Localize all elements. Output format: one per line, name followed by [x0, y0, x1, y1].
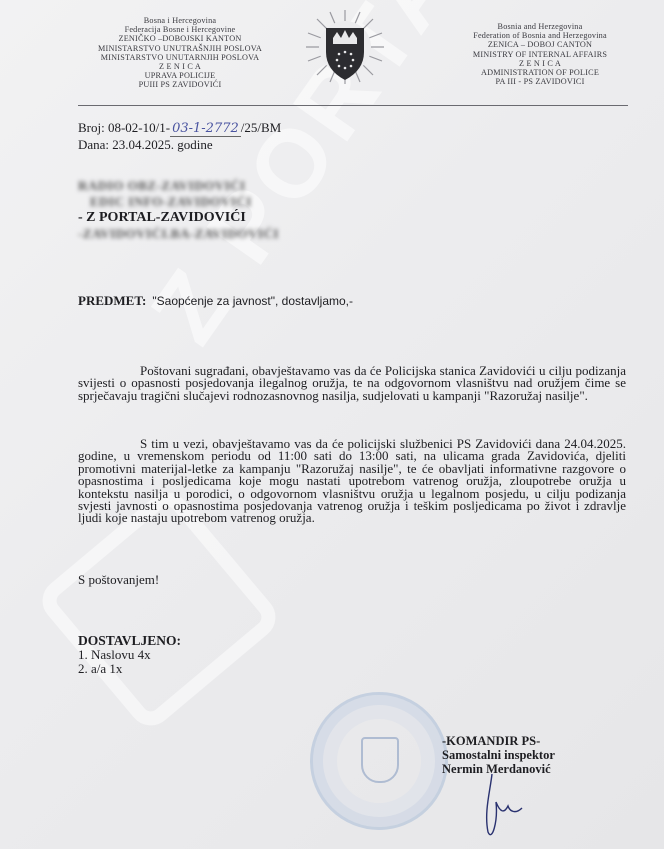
recipient-redacted: -ZAVIDOVIĆI.BA-ZAVIDOVIĆI — [78, 226, 279, 242]
stamp-shield-icon — [361, 737, 399, 783]
closing-greeting: S poštovanjem! — [78, 572, 159, 588]
police-star-emblem-icon — [300, 8, 390, 86]
reference-date: Dana: 23.04.2025. godine — [78, 137, 281, 152]
header-line: Federation of Bosnia and Herzegovina — [440, 31, 640, 40]
recipients-block: RADIO OBZ-ZAVIDOVIĆI EDIC INFO-ZAVIDOVIĆ… — [78, 178, 279, 242]
reference-block: Broj: 08-02-10/1-03-1-2772/25/BM Dana: 2… — [78, 120, 281, 152]
signatory-block: -KOMANDIR PS- Samostalni inspektor Nermi… — [442, 734, 555, 776]
recipient-redacted: RADIO OBZ-ZAVIDOVIĆI — [78, 178, 279, 194]
delivered-title: DOSTAVLJENO: — [78, 634, 181, 648]
handwritten-number: 03-1-2772 — [170, 121, 241, 137]
reference-number: Broj: 08-02-10/1-03-1-2772/25/BM — [78, 120, 281, 137]
document-page: Z PORTAL Bosna i Hercegovina Federacija … — [0, 0, 664, 849]
recipient-visible: - Z PORTAL-ZAVIDOVIĆI — [78, 210, 279, 226]
recipient-redacted: EDIC INFO-ZAVIDOVIĆI — [90, 194, 279, 210]
subject-text: "Saopćenje za javnost", dostavljamo,- — [152, 294, 353, 308]
header-line: Z E N I C A — [440, 59, 640, 68]
header-line: Z E N I C A — [75, 62, 285, 71]
header-line: ZENIČKO –DOBOJSKI KANTON — [75, 34, 285, 43]
header-line: MINISTARSTVO UNUTRAŠNJIH POSLOVA — [75, 44, 285, 53]
header-line: PUIII PS ZAVIDOVIĆI — [75, 80, 285, 89]
signatory-title: -KOMANDIR PS- — [442, 734, 555, 748]
delivered-item: 1. Naslovu 4x — [78, 648, 181, 662]
header-line: Bosna i Hercegovina — [75, 16, 285, 25]
header-line: PA III - PS ZAVIDOVICI — [440, 77, 640, 86]
delivered-list: DOSTAVLJENO: 1. Naslovu 4x 2. a/a 1x — [78, 634, 181, 676]
subject-label: PREDMET: — [78, 293, 146, 308]
handwritten-signature-icon — [478, 772, 528, 842]
body-paragraph-1: Poštovani sugrađani, obavještavamo vas d… — [78, 365, 626, 402]
header-line: Bosnia and Herzegovina — [440, 22, 640, 31]
header-divider — [78, 105, 628, 106]
header-left-bosnian: Bosna i Hercegovina Federacija Bosne i H… — [75, 16, 285, 90]
header-right-english: Bosnia and Herzegovina Federation of Bos… — [440, 22, 640, 86]
body-paragraph-2: S tim u vezi, obavještavamo vas da će po… — [78, 438, 626, 525]
header-line: ZENICA – DOBOJ CANTON — [440, 40, 640, 49]
header-line: MINISTRY OF INTERNAL AFFAIRS — [440, 50, 640, 59]
signatory-rank: Samostalni inspektor — [442, 748, 555, 762]
header-line: ADMINISTRATION OF POLICE — [440, 68, 640, 77]
official-stamp-icon — [310, 692, 448, 830]
header-line: MINISTARSTVO UNUTARNJIH POSLOVA — [75, 53, 285, 62]
delivered-item: 2. a/a 1x — [78, 662, 181, 676]
subject-line: PREDMET:"Saopćenje za javnost", dostavlj… — [78, 293, 353, 309]
